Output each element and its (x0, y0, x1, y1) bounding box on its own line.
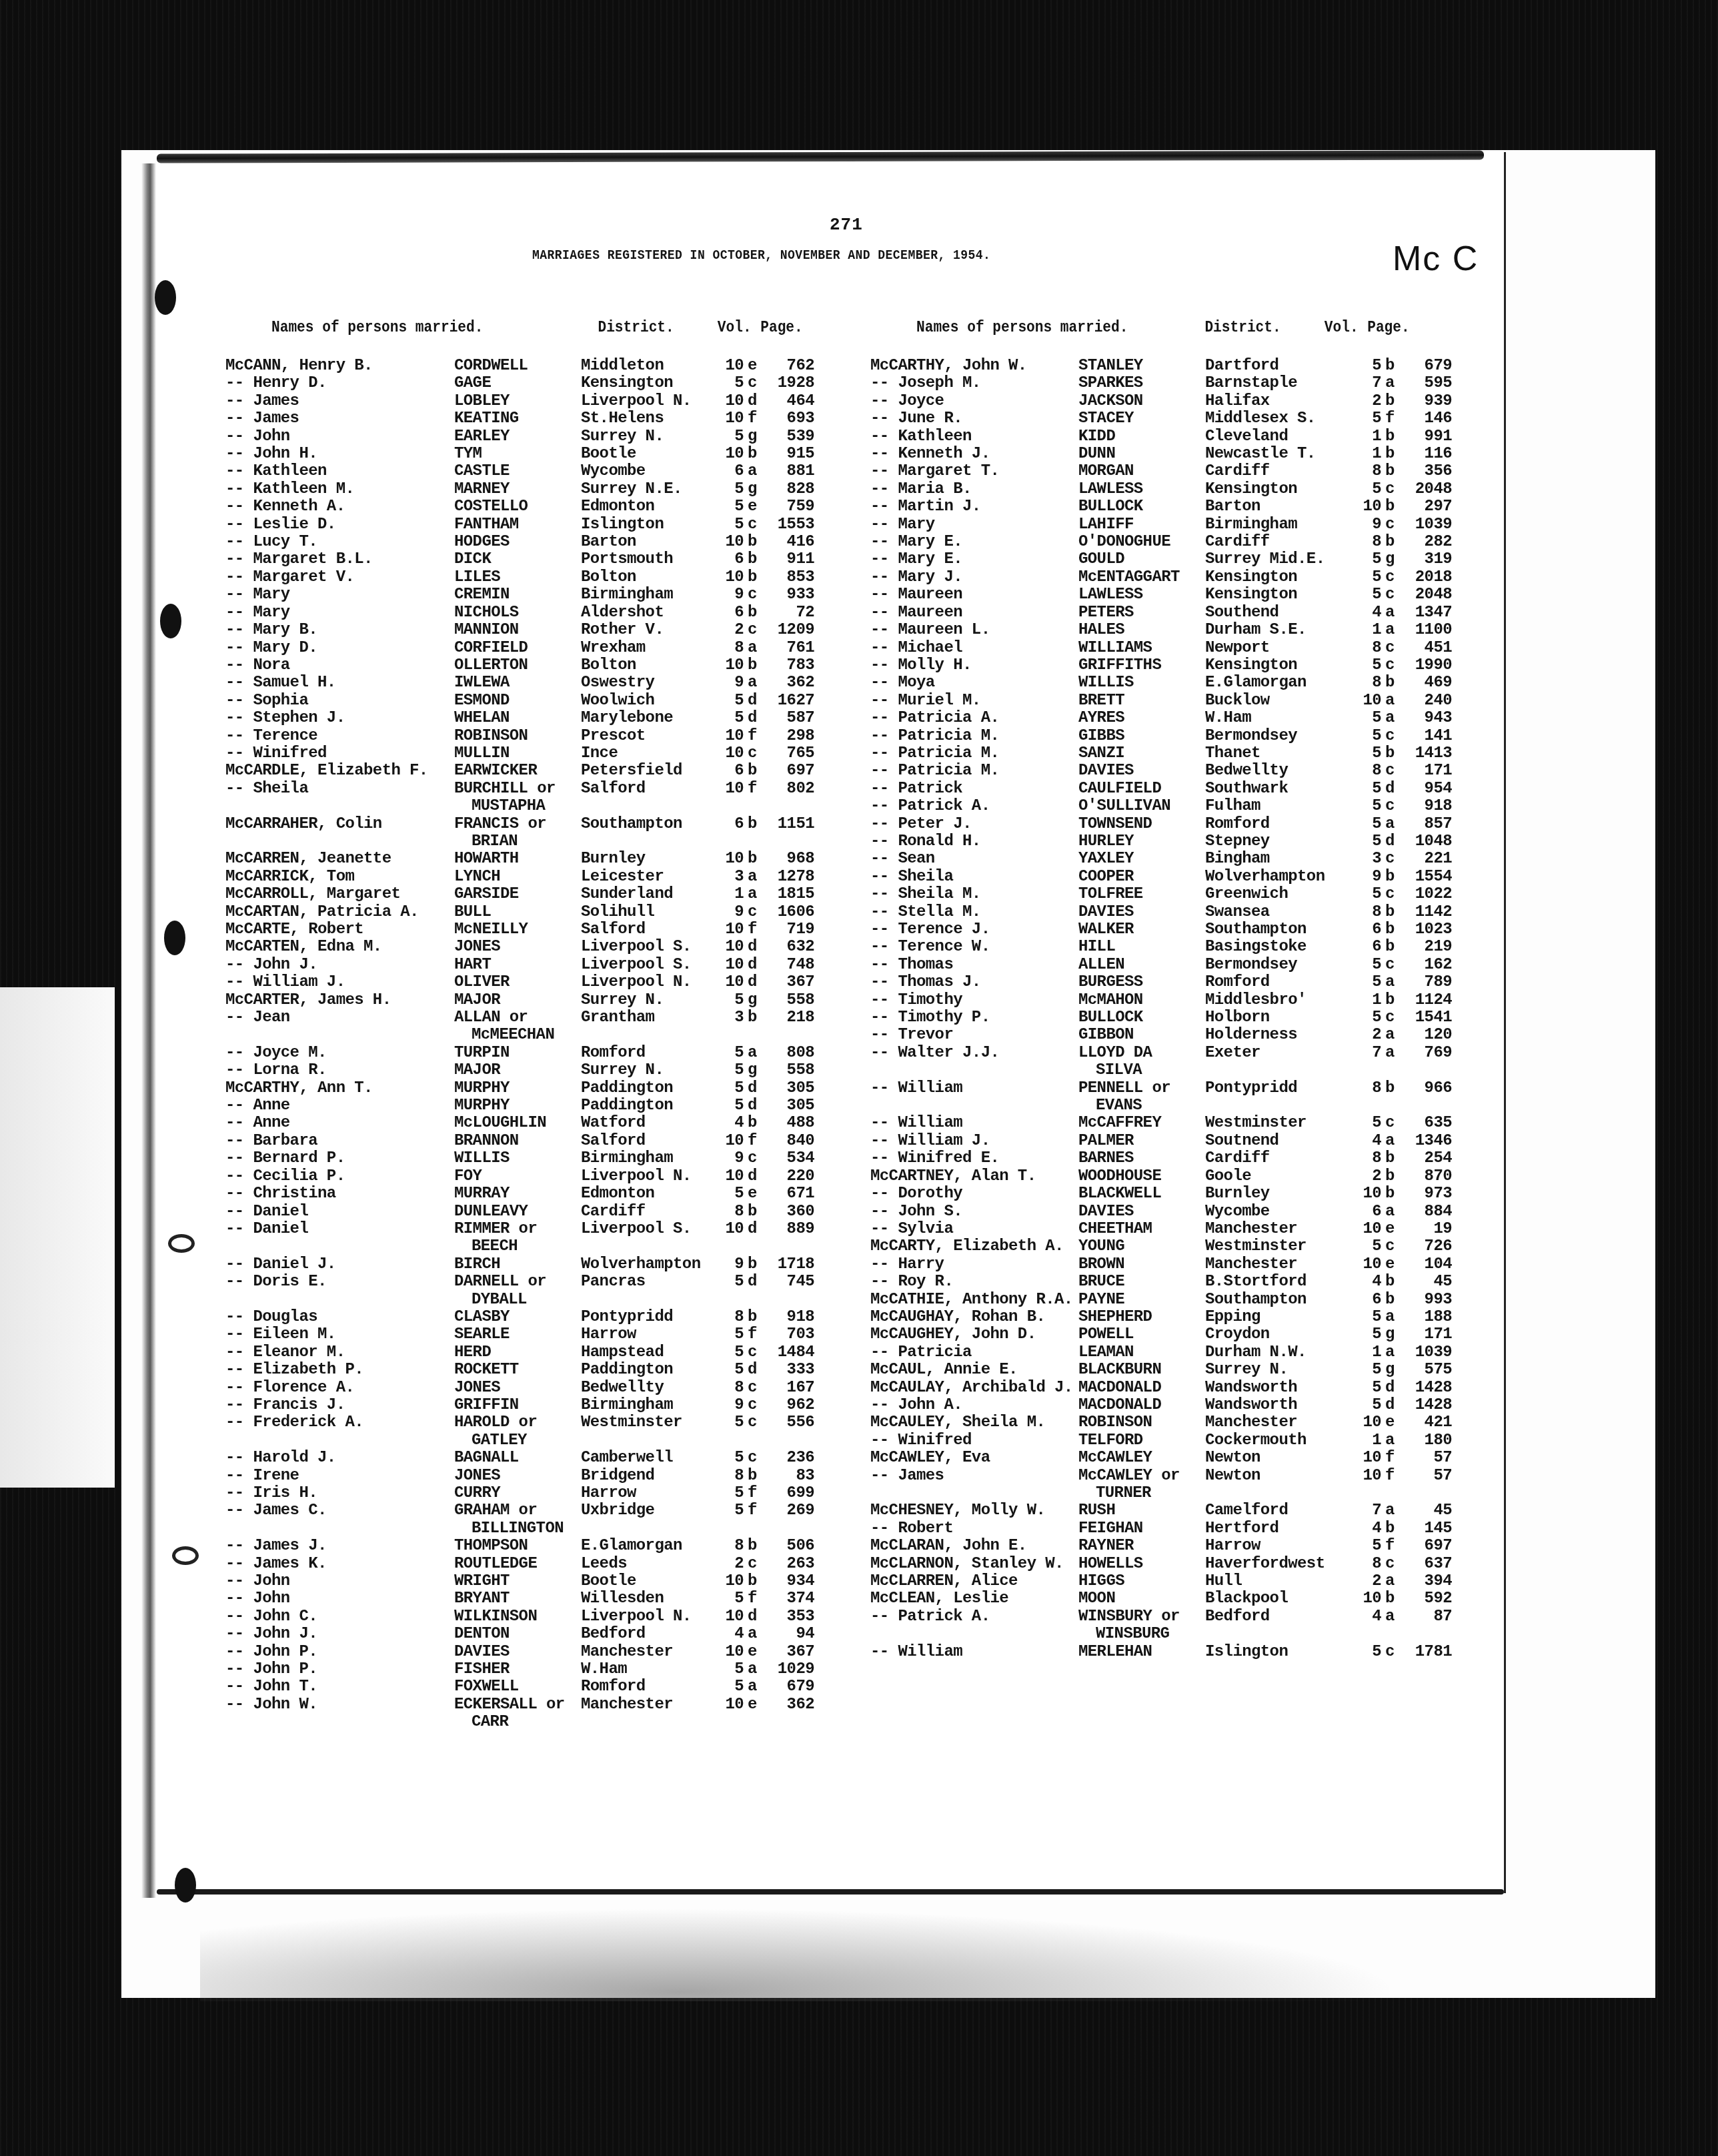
register-entry: -- John J.HARTLiverpool S.10d748 (225, 957, 826, 974)
register-entry: McCAWLEY, EvaMcCAWLEYNewton10f57 (870, 1450, 1484, 1467)
spouse-surname: TOWNSEND (1078, 816, 1205, 833)
page-ref: 966 (1405, 1080, 1452, 1115)
volume-letter: a (1385, 1309, 1405, 1326)
spouse-surname: PALMER (1078, 1133, 1205, 1150)
spouse-surname: KEATING (454, 410, 581, 428)
spouse-surname: TOLFREE (1078, 886, 1205, 903)
header-page: Page. (1367, 319, 1423, 346)
spouse-surname: EARWICKER (454, 762, 581, 780)
spouse-surname-text: O'SULLIVAN (1078, 797, 1170, 815)
person-name: -- Henry D. (225, 375, 454, 392)
spouse-surname-text: SANZI (1078, 744, 1124, 762)
spouse-surname: HILL (1078, 939, 1205, 956)
register-entry: -- Stella M.DAVIESSwansea8b1142 (870, 904, 1484, 921)
volume-letter: a (1385, 1027, 1405, 1044)
page-ref: 637 (1405, 1556, 1452, 1573)
volume-letter: b (748, 1256, 768, 1273)
spouse-surname: McCAWLEY (1078, 1450, 1205, 1467)
volume-letter: b (1385, 1590, 1405, 1608)
page-ref: 719 (768, 921, 814, 939)
volume-number: 5 (711, 375, 748, 392)
spouse-surname-text: YOUNG (1078, 1237, 1124, 1255)
volume-letter: f (1385, 1450, 1405, 1467)
volume-letter: d (748, 1273, 768, 1309)
spouse-surname: LILES (454, 569, 581, 586)
spouse-surname-text: BULLOCK (1078, 498, 1143, 516)
spouse-surname: GRAHAM orBILLINGTON (454, 1502, 581, 1538)
spouse-surname-text: BARNES (1078, 1149, 1134, 1167)
spouse-surname-text: WHELAN (454, 709, 510, 727)
spouse-surname: OLIVER (454, 974, 581, 991)
volume-number: 4 (1349, 1608, 1385, 1644)
person-name: -- Dorothy (870, 1185, 1078, 1203)
volume-number: 5 (1349, 886, 1385, 903)
register-entry: -- WinifredTELFORDCockermouth1a180 (870, 1432, 1484, 1450)
spouse-surname: FRANCIS orBRIAN (454, 816, 581, 851)
district: Hertford (1205, 1520, 1349, 1538)
register-entry: -- William J.PALMERSoutnend4a1346 (870, 1133, 1484, 1150)
page-ref: 263 (768, 1556, 814, 1573)
volume-number: 10 (711, 974, 748, 991)
volume-number: 1 (1349, 992, 1385, 1009)
spouse-surname: ALLEN (1078, 957, 1205, 974)
spouse-surname: HERD (454, 1344, 581, 1362)
volume-number: 9 (711, 1397, 748, 1414)
district: Bootle (581, 1573, 711, 1590)
page-ref: 699 (768, 1485, 814, 1502)
volume-letter: f (748, 410, 768, 428)
district: Westminster (581, 1414, 711, 1450)
district: Newcastle T. (1205, 446, 1349, 463)
spouse-surname: McMAHON (1078, 992, 1205, 1009)
page-ref: 240 (1405, 692, 1452, 710)
district: Fulham (1205, 798, 1349, 815)
spouse-surname-text: McCAWLEY or (1078, 1467, 1180, 1485)
volume-letter: d (748, 1080, 768, 1097)
volume-number: 5 (711, 1045, 748, 1062)
person-name: -- John H. (225, 446, 454, 463)
page-ref: 416 (768, 534, 814, 551)
register-entry: -- ChristinaMURRAYEdmonton5e671 (225, 1185, 826, 1203)
spouse-surname-text: STACEY (1078, 410, 1134, 428)
district: Islington (1205, 1644, 1349, 1661)
district: Watford (581, 1115, 711, 1132)
page-ref: 104 (1405, 1256, 1452, 1273)
spouse-surname: MULLIN (454, 745, 581, 762)
spouse-surname: TURPIN (454, 1045, 581, 1062)
register-entry: -- Mary B.MANNIONRother V.2c1209 (225, 622, 826, 639)
page-ref: 94 (768, 1626, 814, 1643)
district: Newton (1205, 1468, 1349, 1503)
volume-letter: b (748, 569, 768, 586)
page-ref: 853 (768, 569, 814, 586)
spouse-surname-text: DAVIES (1078, 762, 1134, 780)
page-ref: 889 (768, 1221, 814, 1256)
spouse-surname: McCAFFREY (1078, 1115, 1205, 1132)
spouse-surname: MURPHY (454, 1097, 581, 1115)
register-entry: McCANN, Henry B.CORDWELLMiddleton10e762 (225, 358, 826, 375)
page-ref: 918 (1405, 798, 1452, 815)
district: Basingstoke (1205, 939, 1349, 956)
volume-letter: b (748, 851, 768, 868)
spouse-surname-text: BRETT (1078, 692, 1124, 710)
spouse-surname-text: ECKERSALL or (454, 1696, 565, 1714)
district: Bolton (581, 569, 711, 586)
spouse-surname-text: CORDWELL (454, 357, 528, 375)
page-ref: 1124 (1405, 992, 1452, 1009)
volume-letter: a (1385, 710, 1405, 727)
volume-letter: a (1385, 1133, 1405, 1150)
volume-letter: b (1385, 1520, 1405, 1538)
register-entry: -- KathleenKIDDCleveland1b991 (870, 428, 1484, 446)
spouse-surname: PETERS (1078, 604, 1205, 622)
page-ref: 1815 (768, 886, 814, 903)
spouse-surname-text: SHEPHERD (1078, 1308, 1152, 1326)
volume-number: 9 (711, 1150, 748, 1167)
page-ref: 697 (768, 762, 814, 780)
spouse-surname-text: HOWELLS (1078, 1555, 1143, 1573)
page-ref: 1151 (768, 816, 814, 851)
person-name: -- Joseph M. (870, 375, 1078, 392)
volume-number: 8 (711, 1538, 748, 1555)
spouse-surname-text: ROCKETT (454, 1361, 519, 1379)
spouse-surname-text: MAJOR (454, 1061, 500, 1079)
person-name: -- Patrick A. (870, 1608, 1078, 1644)
page-ref: 1606 (768, 904, 814, 921)
volume-number: 10 (711, 1573, 748, 1590)
register-entry: -- JamesMcCAWLEY orTURNERNewton10f57 (870, 1468, 1484, 1503)
person-name: -- Molly H. (870, 657, 1078, 674)
person-name: -- Ronald H. (870, 833, 1078, 851)
volume-letter: e (748, 498, 768, 516)
volume-number: 5 (711, 428, 748, 446)
spouse-surname-text: DAVIES (1078, 903, 1134, 921)
spouse-surname-text: BRUCE (1078, 1273, 1124, 1291)
district: Harrow (1205, 1538, 1349, 1555)
spouse-surname-text: WILLIS (454, 1149, 510, 1167)
person-name: -- John (225, 1590, 454, 1608)
page-ref: 1039 (1405, 1344, 1452, 1362)
volume-letter: c (748, 1450, 768, 1467)
page-ref: 1553 (768, 516, 814, 534)
volume-number: 8 (1349, 904, 1385, 921)
person-name: McCATHIE, Anthony R.A. (870, 1291, 1078, 1309)
volume-letter: c (748, 904, 768, 921)
district: Portsmouth (581, 551, 711, 568)
register-entry: -- NoraOLLERTONBolton10b783 (225, 657, 826, 674)
volume-number: 9 (711, 674, 748, 692)
page-ref: 146 (1405, 410, 1452, 428)
person-name: -- Thomas J. (870, 974, 1078, 991)
spouse-surname-text: BROWN (1078, 1255, 1124, 1273)
district: Manchester (1205, 1414, 1349, 1432)
volume-letter: c (748, 1397, 768, 1414)
spouse-surname: EARLEY (454, 428, 581, 446)
page-ref: 171 (1405, 1326, 1452, 1343)
page-ref: 915 (768, 446, 814, 463)
district: W.Ham (581, 1661, 711, 1678)
register-entry: -- SeanYAXLEYBingham3c221 (870, 851, 1484, 868)
spouse-surname: HODGES (454, 534, 581, 551)
volume-letter: g (748, 481, 768, 498)
volume-letter: f (748, 728, 768, 745)
volume-number: 10 (711, 358, 748, 375)
page-ref: 918 (768, 1309, 814, 1326)
spouse-surname-text: ALLAN or (454, 1009, 528, 1027)
person-name: -- John S. (870, 1203, 1078, 1221)
page-ref: 83 (768, 1468, 814, 1485)
register-entry: McCAUGHAY, Rohan B.SHEPHERDEpping5a188 (870, 1309, 1484, 1326)
volume-letter: d (748, 710, 768, 727)
spouse-surname-text: DUNN (1078, 445, 1115, 463)
page-ref: 762 (768, 358, 814, 375)
page-ref: 1428 (1405, 1380, 1452, 1397)
spouse-surname: DAVIES (1078, 762, 1205, 780)
register-entry: McCARTNEY, Alan T.WOODHOUSEGoole2b870 (870, 1168, 1484, 1185)
register-entry: -- Patrick A.WINSBURY orWINSBURGBedford4… (870, 1608, 1484, 1644)
register-entry: -- AnneMcLOUGHLINWatford4b488 (225, 1115, 826, 1132)
page-ref: 145 (1405, 1520, 1452, 1538)
person-name: McCARTHY, John W. (870, 358, 1078, 375)
entry-list: McCANN, Henry B.CORDWELLMiddleton10e762-… (225, 358, 826, 1732)
person-name: -- Maureen L. (870, 622, 1078, 639)
district: Bermondsey (1205, 728, 1349, 745)
volume-letter: b (1385, 393, 1405, 410)
volume-number: 1 (1349, 622, 1385, 639)
volume-number: 8 (1349, 762, 1385, 780)
spouse-surname: DAVIES (454, 1644, 581, 1661)
page-ref: 57 (1405, 1450, 1452, 1467)
volume-letter: b (1385, 1080, 1405, 1115)
district: Kensington (1205, 481, 1349, 498)
volume-letter: b (1385, 992, 1405, 1009)
register-entry: -- Margaret B.L.DICKPortsmouth6b911 (225, 551, 826, 568)
district: Rother V. (581, 622, 711, 639)
district: Liverpool S. (581, 957, 711, 974)
district: Leicester (581, 869, 711, 886)
spouse-surname-text: TOLFREE (1078, 885, 1143, 903)
register-entry: McCAUGHEY, John D.POWELLCroydon5g171 (870, 1326, 1484, 1343)
district: Dartford (1205, 358, 1349, 375)
volume-letter: d (748, 1362, 768, 1379)
bottom-page-edge (157, 1889, 1504, 1895)
volume-letter: b (748, 816, 768, 851)
register-entry: -- JohnBRYANTWillesden5f374 (225, 1590, 826, 1608)
volume-number: 8 (1349, 1080, 1385, 1115)
volume-number: 5 (1349, 710, 1385, 727)
volume-letter: c (1385, 481, 1405, 498)
district: Surrey N. (581, 1062, 711, 1079)
register-entry: -- Lorna R.MAJORSurrey N.5g558 (225, 1062, 826, 1079)
spouse-surname: BARNES (1078, 1150, 1205, 1167)
spouse-surname: GRIFFIN (454, 1397, 581, 1414)
volume-number: 6 (711, 604, 748, 622)
page-ref: 1029 (768, 1661, 814, 1678)
volume-number: 10 (1349, 1256, 1385, 1273)
spouse-surname-text: JONES (454, 938, 500, 956)
person-name: -- Patricia M. (870, 762, 1078, 780)
volume-number: 5 (1349, 481, 1385, 498)
person-name: -- Muriel M. (870, 692, 1078, 710)
volume-letter: f (748, 921, 768, 939)
spouse-surname-text: HALES (1078, 621, 1124, 639)
person-name: -- Martin J. (870, 498, 1078, 516)
spouse-surname: RAYNER (1078, 1538, 1205, 1555)
register-column-right: Names of persons married. District. Vol.… (870, 319, 1484, 1661)
volume-number: 10 (711, 957, 748, 974)
volume-number: 10 (711, 745, 748, 762)
district: Wycombe (1205, 1203, 1349, 1221)
volume-letter: e (1385, 1221, 1405, 1238)
person-name: -- Cecilia P. (225, 1168, 454, 1185)
page-ref: 367 (768, 974, 814, 991)
spouse-surname: JONES (454, 939, 581, 956)
spouse-surname-text: DAVIES (1078, 1203, 1134, 1221)
register-entry: McCARTEN, Edna M.JONESLiverpool S.10d632 (225, 939, 826, 956)
district: Surrey N. (581, 428, 711, 446)
punch-hole-icon (175, 1868, 196, 1903)
register-entry: McCARTAN, Patricia A.BULLSolihull9c1606 (225, 904, 826, 921)
person-name: -- Maureen (870, 604, 1078, 622)
register-entry: McCARTHY, Ann T.MURPHYPaddington5d305 (225, 1080, 826, 1097)
page-ref: 933 (768, 586, 814, 604)
page-ref: 587 (768, 710, 814, 727)
register-entry: -- Patricia M.GIBBSBermondsey5c141 (870, 728, 1484, 745)
volume-number: 5 (1349, 745, 1385, 762)
volume-letter: a (1385, 1432, 1405, 1450)
volume-number: 2 (711, 1556, 748, 1573)
spouse-surname: HOWELLS (1078, 1556, 1205, 1573)
volume-letter: d (748, 393, 768, 410)
district: W.Ham (1205, 710, 1349, 727)
volume-letter: b (1385, 428, 1405, 446)
page-ref: 171 (1405, 762, 1452, 780)
person-name: -- Margaret V. (225, 569, 454, 586)
district: Holborn (1205, 1009, 1349, 1027)
person-name: -- Mary (870, 516, 1078, 534)
register-entry: -- TimothyMcMAHONMiddlesbro'1b1124 (870, 992, 1484, 1009)
spouse-surname: STANLEY (1078, 358, 1205, 375)
register-entry: -- JamesLOBLEYLiverpool N.10d464 (225, 393, 826, 410)
spouse-surname-text: MURPHY (454, 1097, 510, 1115)
spouse-surname-text: GIBBON (1078, 1026, 1134, 1044)
district: Haverfordwest (1205, 1556, 1349, 1573)
section-index-letter: Mc C (1393, 239, 1479, 279)
spouse-surname: GRIFFITHS (1078, 657, 1205, 674)
register-entry: -- Winifred E.BARNESCardiff8b254 (870, 1150, 1484, 1167)
page-ref: 679 (1405, 358, 1452, 375)
volume-letter: c (1385, 1115, 1405, 1132)
district: Harrow (581, 1326, 711, 1343)
district: Birmingham (581, 586, 711, 604)
volume-letter: c (748, 1380, 768, 1397)
register-entry: -- Bernard P.WILLISBirmingham9c534 (225, 1150, 826, 1167)
spouse-surname-text: ESMOND (454, 692, 510, 710)
spouse-alias-continuation: McMEECHAN (454, 1027, 581, 1044)
volume-letter: g (1385, 1362, 1405, 1379)
register-entry: -- Harold J.BAGNALLCamberwell5c236 (225, 1450, 826, 1467)
spouse-surname: HAROLD orGATLEY (454, 1414, 581, 1450)
page-ref: 57 (1405, 1468, 1452, 1503)
page-ref: 506 (768, 1538, 814, 1555)
spouse-surname: SEARLE (454, 1326, 581, 1343)
register-entry: -- James K.ROUTLEDGELeeds2c263 (225, 1556, 826, 1573)
volume-number: 4 (711, 1115, 748, 1132)
register-entry: -- Elizabeth P.ROCKETTPaddington5d333 (225, 1362, 826, 1379)
spouse-surname: PENNELL orEVANS (1078, 1080, 1205, 1115)
district: Durham S.E. (1205, 622, 1349, 639)
person-name: McCARTNEY, Alan T. (870, 1168, 1078, 1185)
volume-letter: d (748, 957, 768, 974)
volume-letter: c (748, 375, 768, 392)
spouse-surname: SANZI (1078, 745, 1205, 762)
person-name: -- Harold J. (225, 1450, 454, 1467)
district: Liverpool S. (581, 1221, 711, 1256)
person-name: -- Moya (870, 674, 1078, 692)
volume-letter: a (1385, 816, 1405, 833)
spouse-surname-text: BAGNALL (454, 1449, 519, 1467)
page-ref: 939 (1405, 393, 1452, 410)
register-entry: -- MaureenPETERSSouthend4a1347 (870, 604, 1484, 622)
volume-letter: d (748, 1097, 768, 1115)
spouse-surname-text: ROBINSON (1078, 1414, 1152, 1432)
register-entry: -- WilliamMcCAFFREYWestminster5c635 (870, 1115, 1484, 1132)
page-ref: 1484 (768, 1344, 814, 1362)
district: Thanet (1205, 745, 1349, 762)
page-ref: 759 (768, 498, 814, 516)
volume-number: 2 (1349, 393, 1385, 410)
spouse-surname: O'SULLIVAN (1078, 798, 1205, 815)
volume-letter: c (1385, 957, 1405, 974)
page-ref: 693 (768, 410, 814, 428)
spouse-surname: BULL (454, 904, 581, 921)
page-ref: 87 (1405, 1608, 1452, 1644)
page-ref: 464 (768, 393, 814, 410)
person-name: McCAUGHAY, Rohan B. (870, 1309, 1078, 1326)
register-entry: -- Joseph M.SPARKESBarnstaple7a595 (870, 375, 1484, 392)
page-ref: 539 (768, 428, 814, 446)
header-vol: Vol. (1325, 319, 1367, 346)
district: Pontypridd (581, 1309, 711, 1326)
spouse-surname-text: CAULFIELD (1078, 780, 1161, 798)
volume-number: 5 (711, 1185, 748, 1203)
volume-letter: c (748, 516, 768, 534)
volume-letter: a (1385, 604, 1405, 622)
spouse-surname-text: OLLERTON (454, 656, 528, 674)
spouse-surname-text: RUSH (1078, 1502, 1115, 1520)
spouse-surname: BROWN (1078, 1256, 1205, 1273)
district: Wandsworth (1205, 1380, 1349, 1397)
person-name: -- Douglas (225, 1309, 454, 1326)
district: Camberwell (581, 1450, 711, 1467)
volume-letter: b (1385, 745, 1405, 762)
spouse-surname: YAXLEY (1078, 851, 1205, 868)
spouse-surname: DICK (454, 551, 581, 568)
spouse-surname: WILLIAMS (1078, 640, 1205, 657)
volume-number: 6 (1349, 939, 1385, 956)
register-entry: -- James J.THOMPSONE.Glamorgan8b506 (225, 1538, 826, 1555)
volume-letter: a (1385, 622, 1405, 639)
register-entry: -- John C.WILKINSONLiverpool N.10d353 (225, 1608, 826, 1626)
district: Ince (581, 745, 711, 762)
volume-letter: c (1385, 640, 1405, 657)
spouse-surname-text: FRANCIS or (454, 815, 546, 833)
person-name: -- Eleanor M. (225, 1344, 454, 1362)
spouse-surname: CLASBY (454, 1309, 581, 1326)
person-name: -- Florence A. (225, 1380, 454, 1397)
volume-number: 5 (1349, 1538, 1385, 1555)
volume-letter: a (748, 1626, 768, 1643)
